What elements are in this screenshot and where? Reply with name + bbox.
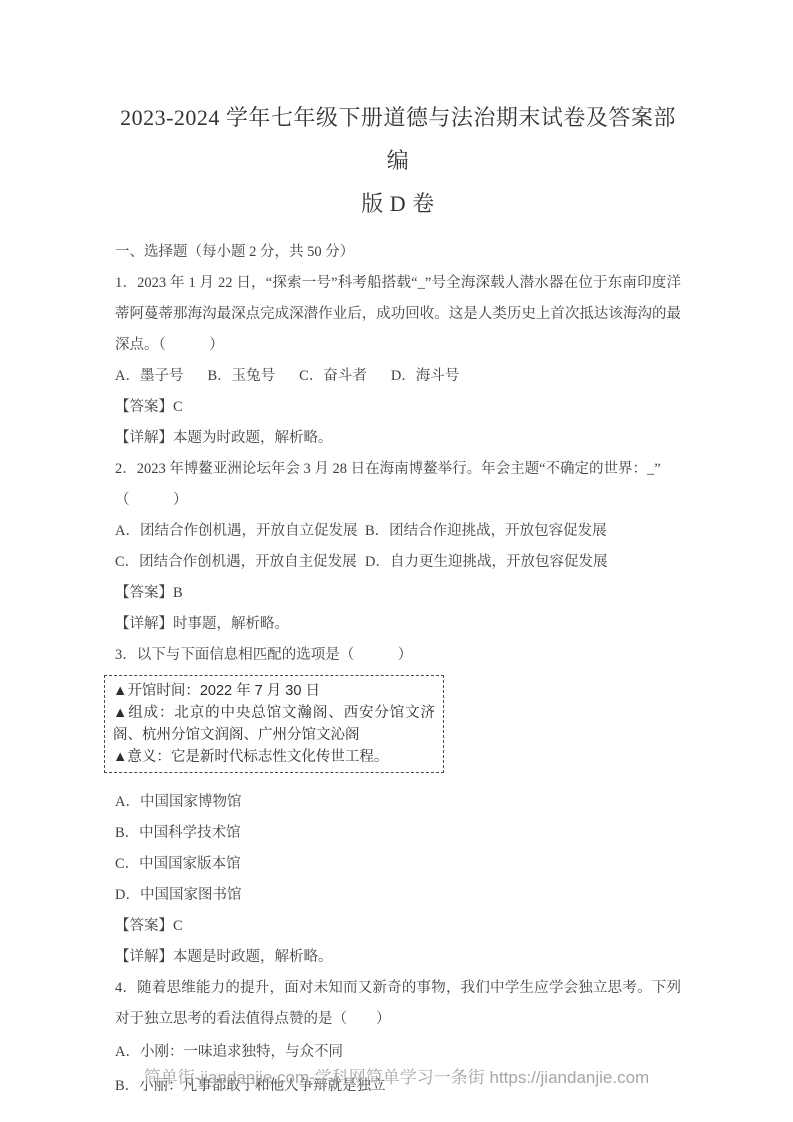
question-2-answer: 【答案】B — [115, 578, 681, 609]
question-2-options: A．团结合作创机遇，开放自立促发展 B．团结合作迎挑战，开放包容促发展 C．团结… — [115, 516, 681, 578]
question-3-option-c: C．中国国家版本馆 — [115, 849, 681, 880]
question-1-option-b: B．玉兔号 — [207, 361, 275, 392]
question-1-answer: 【答案】C — [115, 392, 681, 423]
exam-document: 2023-2024 学年七年级下册道德与法治期末试卷及答案部编 版 D 卷 一、… — [115, 0, 681, 1103]
page-footer: 简单街-jiandanjie.com-学科网简单学习一条街 https://ji… — [0, 1066, 793, 1090]
question-3: 3．以下与下面信息相匹配的选项是（ ） ▲开馆时间：2022 年 7 月 30 … — [115, 640, 681, 973]
question-2: 2．2023 年博鳌亚洲论坛年会 3 月 28 日在海南博鳌举行。年会主题“不确… — [115, 454, 681, 640]
info-box-line-significance: ▲意义：它是新时代标志性文化传世工程。 — [113, 746, 435, 768]
question-1-option-c: C．奋斗者 — [299, 361, 367, 392]
question-3-info-box: ▲开馆时间：2022 年 7 月 30 日 ▲组成：北京的中央总馆文瀚阁、西安分… — [104, 675, 444, 773]
question-2-option-a: A．团结合作创机遇，开放自立促发展 — [115, 516, 365, 547]
question-4-stem: 4．随着思维能力的提升，面对未知而又新奇的事物，我们中学生应学会独立思考。下列对… — [115, 973, 681, 1035]
question-3-option-a: A．中国国家博物馆 — [115, 787, 681, 818]
page-title-line-1: 2023-2024 学年七年级下册道德与法治期末试卷及答案部编 — [115, 96, 681, 182]
question-1-explanation: 【详解】本题为时政题，解析略。 — [115, 423, 681, 454]
question-2-explanation: 【详解】时事题，解析略。 — [115, 609, 681, 640]
question-1-options: A．墨子号 B．玉兔号 C．奋斗者 D．海斗号 — [115, 361, 681, 392]
page-title-line-2: 版 D 卷 — [115, 182, 681, 225]
question-2-option-c: C．团结合作创机遇，开放自主促发展 — [115, 547, 365, 578]
question-3-answer: 【答案】C — [115, 911, 681, 942]
page-title: 2023-2024 学年七年级下册道德与法治期末试卷及答案部编 版 D 卷 — [115, 96, 681, 225]
info-box-line-composition: ▲组成：北京的中央总馆文瀚阁、西安分馆文济阁、杭州分馆文润阁、广州分馆文沁阁 — [113, 702, 435, 746]
question-2-option-b: B．团结合作迎挑战，开放包容促发展 — [365, 516, 681, 547]
question-3-option-b: B．中国科学技术馆 — [115, 818, 681, 849]
question-1-option-a: A．墨子号 — [115, 361, 183, 392]
question-1-option-d: D．海斗号 — [391, 361, 459, 392]
question-2-stem: 2．2023 年博鳌亚洲论坛年会 3 月 28 日在海南博鳌举行。年会主题“不确… — [115, 454, 681, 485]
info-box-line-opening-time: ▲开馆时间：2022 年 7 月 30 日 — [113, 680, 435, 702]
question-1-stem: 1．2023 年 1 月 22 日，“探索一号”科考船搭载“_”号全海深载人潜水… — [115, 268, 681, 361]
question-4-option-a: A．小刚：一味追求独特，与众不同 — [115, 1035, 681, 1069]
question-1: 1．2023 年 1 月 22 日，“探索一号”科考船搭载“_”号全海深载人潜水… — [115, 268, 681, 454]
section-heading: 一、选择题（每小题 2 分，共 50 分） — [115, 237, 681, 268]
question-3-explanation: 【详解】本题是时政题，解析略。 — [115, 942, 681, 973]
question-3-stem: 3．以下与下面信息相匹配的选项是（ ） — [115, 640, 681, 671]
question-2-paren-line: （ ） — [115, 485, 681, 516]
question-2-option-d: D．自力更生迎挑战，开放包容促发展 — [365, 547, 681, 578]
question-3-option-d: D．中国国家图书馆 — [115, 880, 681, 911]
